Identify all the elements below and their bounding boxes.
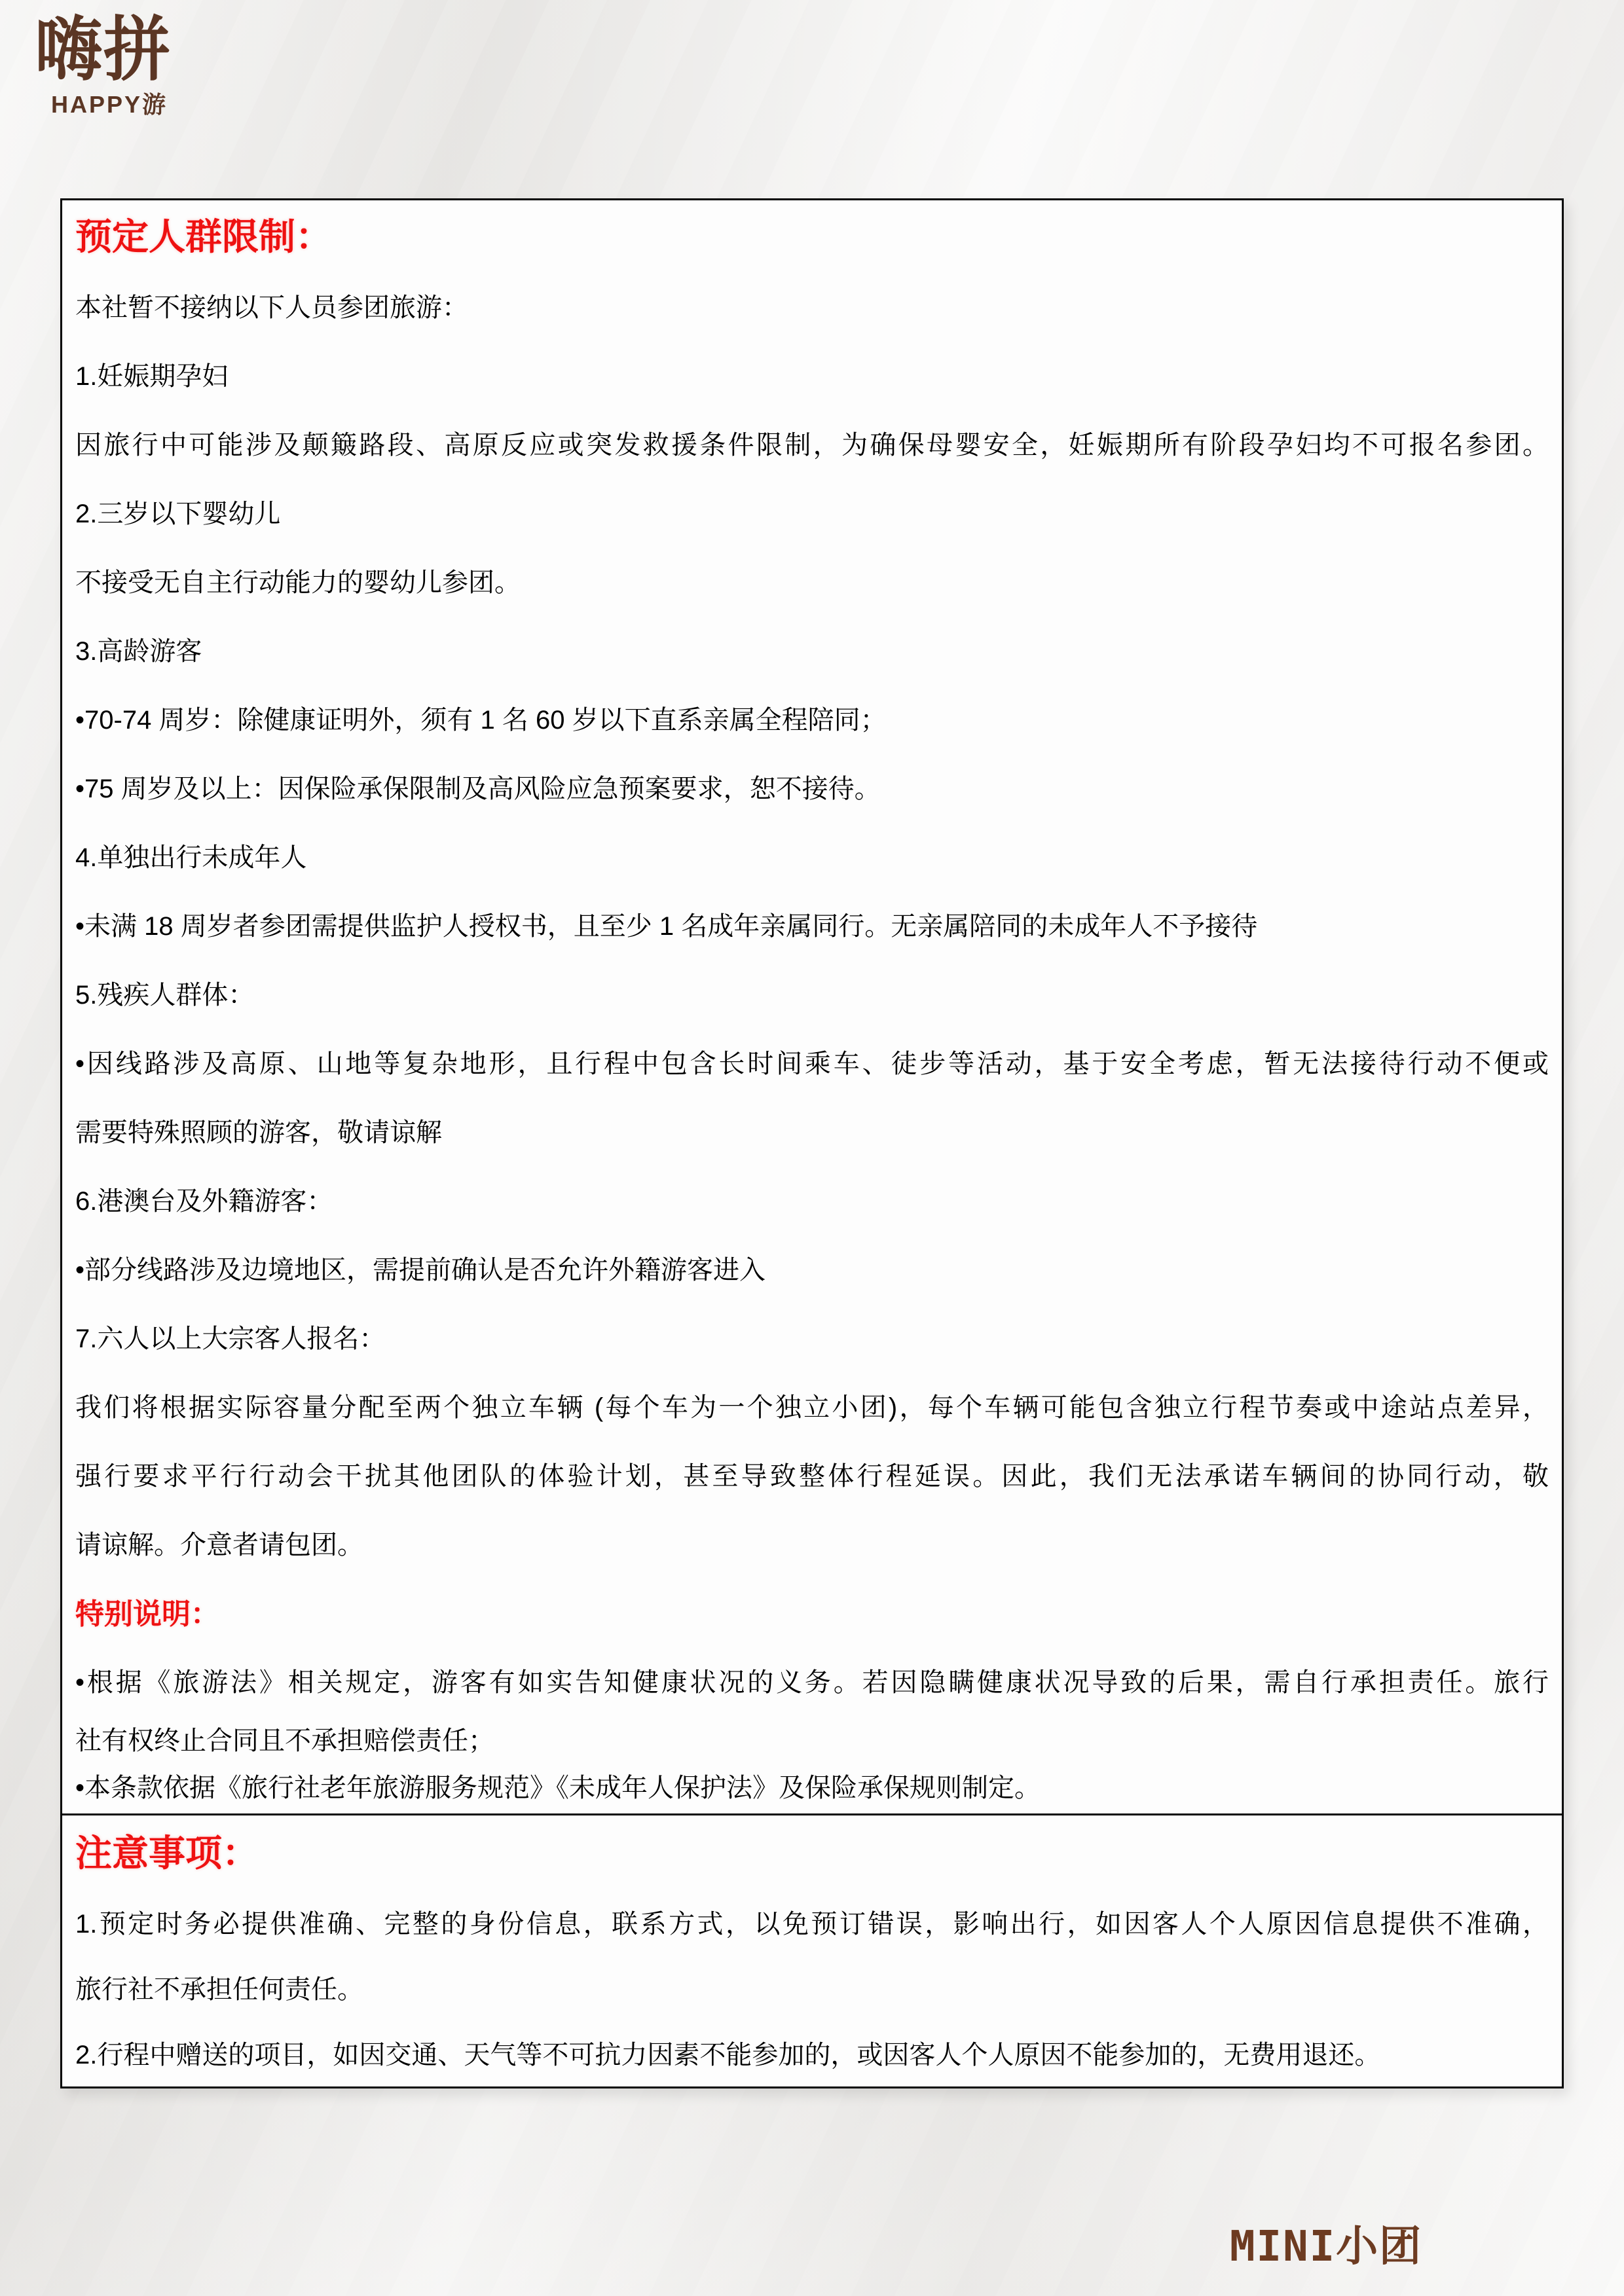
text-line: •本条款依据《旅行社老年旅游服务规范》《未成年人保护法》及保险承保规则制定。 bbox=[75, 1764, 1549, 1812]
brand-logo-text: 嗨拼 bbox=[35, 10, 172, 89]
section-notes: 注意事项： 1.预定时务必提供准确、完整的身份信息，联系方式，以免预订错误，影响… bbox=[60, 1813, 1564, 2088]
text-line: 本社暂不接纳以下人员参团旅游： bbox=[75, 274, 1549, 342]
text-line: 1.预定时务必提供准确、完整的身份信息，联系方式，以免预订错误，影响出行，如因客… bbox=[75, 1891, 1549, 1957]
text-line: 4.单独出行未成年人 bbox=[75, 824, 1549, 892]
text-line: 请谅解。介意者请包团。 bbox=[75, 1511, 1549, 1580]
text-line: 特别说明： bbox=[75, 1580, 1549, 1649]
page: 嗨拼 HAPPY游 预定人群限制： 本社暂不接纳以下人员参团旅游：1.妊娠期孕妇… bbox=[0, 0, 1624, 2296]
section2-body: 1.预定时务必提供准确、完整的身份信息，联系方式，以免预订错误，影响出行，如因客… bbox=[75, 1891, 1549, 2088]
text-line: 5.残疾人群体： bbox=[75, 961, 1549, 1030]
text-line: 3.高龄游客 bbox=[75, 617, 1549, 686]
text-line: 6.港澳台及外籍游客： bbox=[75, 1167, 1549, 1236]
text-line: •因线路涉及高原、山地等复杂地形，且行程中包含长时间乘车、徒步等活动，基于安全考… bbox=[75, 1030, 1549, 1099]
text-line: 7.六人以上大宗客人报名： bbox=[75, 1305, 1549, 1374]
section1-body: 本社暂不接纳以下人员参团旅游：1.妊娠期孕妇因旅行中可能涉及颠簸路段、高原反应或… bbox=[75, 274, 1549, 1812]
text-line: •部分线路涉及边境地区，需提前确认是否允许外籍游客进入 bbox=[75, 1236, 1549, 1305]
text-line: •未满 18 周岁者参团需提供监护人授权书，且至少 1 名成年亲属同行。无亲属陪… bbox=[75, 892, 1549, 961]
text-line: •75 周岁及以上：因保险承保限制及高风险应急预案要求，恕不接待。 bbox=[75, 755, 1549, 824]
text-line: 需要特殊照顾的游客，敬请谅解 bbox=[75, 1099, 1549, 1167]
brand-logo: 嗨拼 HAPPY游 bbox=[35, 10, 172, 120]
section-booking-restrictions: 预定人群限制： 本社暂不接纳以下人员参团旅游：1.妊娠期孕妇因旅行中可能涉及颠簸… bbox=[60, 198, 1564, 1815]
section1-heading: 预定人群限制： bbox=[75, 200, 1549, 274]
text-line: 我们将根据实际容量分配至两个独立车辆 (每个车为一个独立小团)，每个车辆可能包含… bbox=[75, 1374, 1549, 1442]
text-line: 1.妊娠期孕妇 bbox=[75, 342, 1549, 411]
text-line: 社有权终止合同且不承担赔偿责任； bbox=[75, 1717, 1549, 1764]
text-line: •70-74 周岁：除健康证明外，须有 1 名 60 岁以下直系亲属全程陪同； bbox=[75, 686, 1549, 755]
text-line: 2.三岁以下婴幼儿 bbox=[75, 480, 1549, 549]
text-line: 因旅行中可能涉及颠簸路段、高原反应或突发救援条件限制，为确保母婴安全，妊娠期所有… bbox=[75, 411, 1549, 480]
text-line: 2.行程中赠送的项目，如因交通、天气等不可抗力因素不能参加的，或因客人个人原因不… bbox=[75, 2022, 1549, 2088]
terms-document: 预定人群限制： 本社暂不接纳以下人员参团旅游：1.妊娠期孕妇因旅行中可能涉及颠簸… bbox=[60, 198, 1564, 2088]
text-line: •根据《旅游法》相关规定，游客有如实告知健康状况的义务。若因隐瞒健康状况导致的后… bbox=[75, 1649, 1549, 1717]
brand-logo-subtitle: HAPPY游 bbox=[35, 86, 172, 120]
text-line: 强行要求平行行动会干扰其他团队的体验计划，甚至导致整体行程延误。因此，我们无法承… bbox=[75, 1442, 1549, 1511]
section2-heading: 注意事项： bbox=[75, 1815, 1549, 1891]
text-line: 不接受无自主行动能力的婴幼儿参团。 bbox=[75, 549, 1549, 617]
footer-brand-logo: MINI小团 bbox=[1230, 2213, 1422, 2273]
text-line: 旅行社不承担任何责任。 bbox=[75, 1957, 1549, 2022]
